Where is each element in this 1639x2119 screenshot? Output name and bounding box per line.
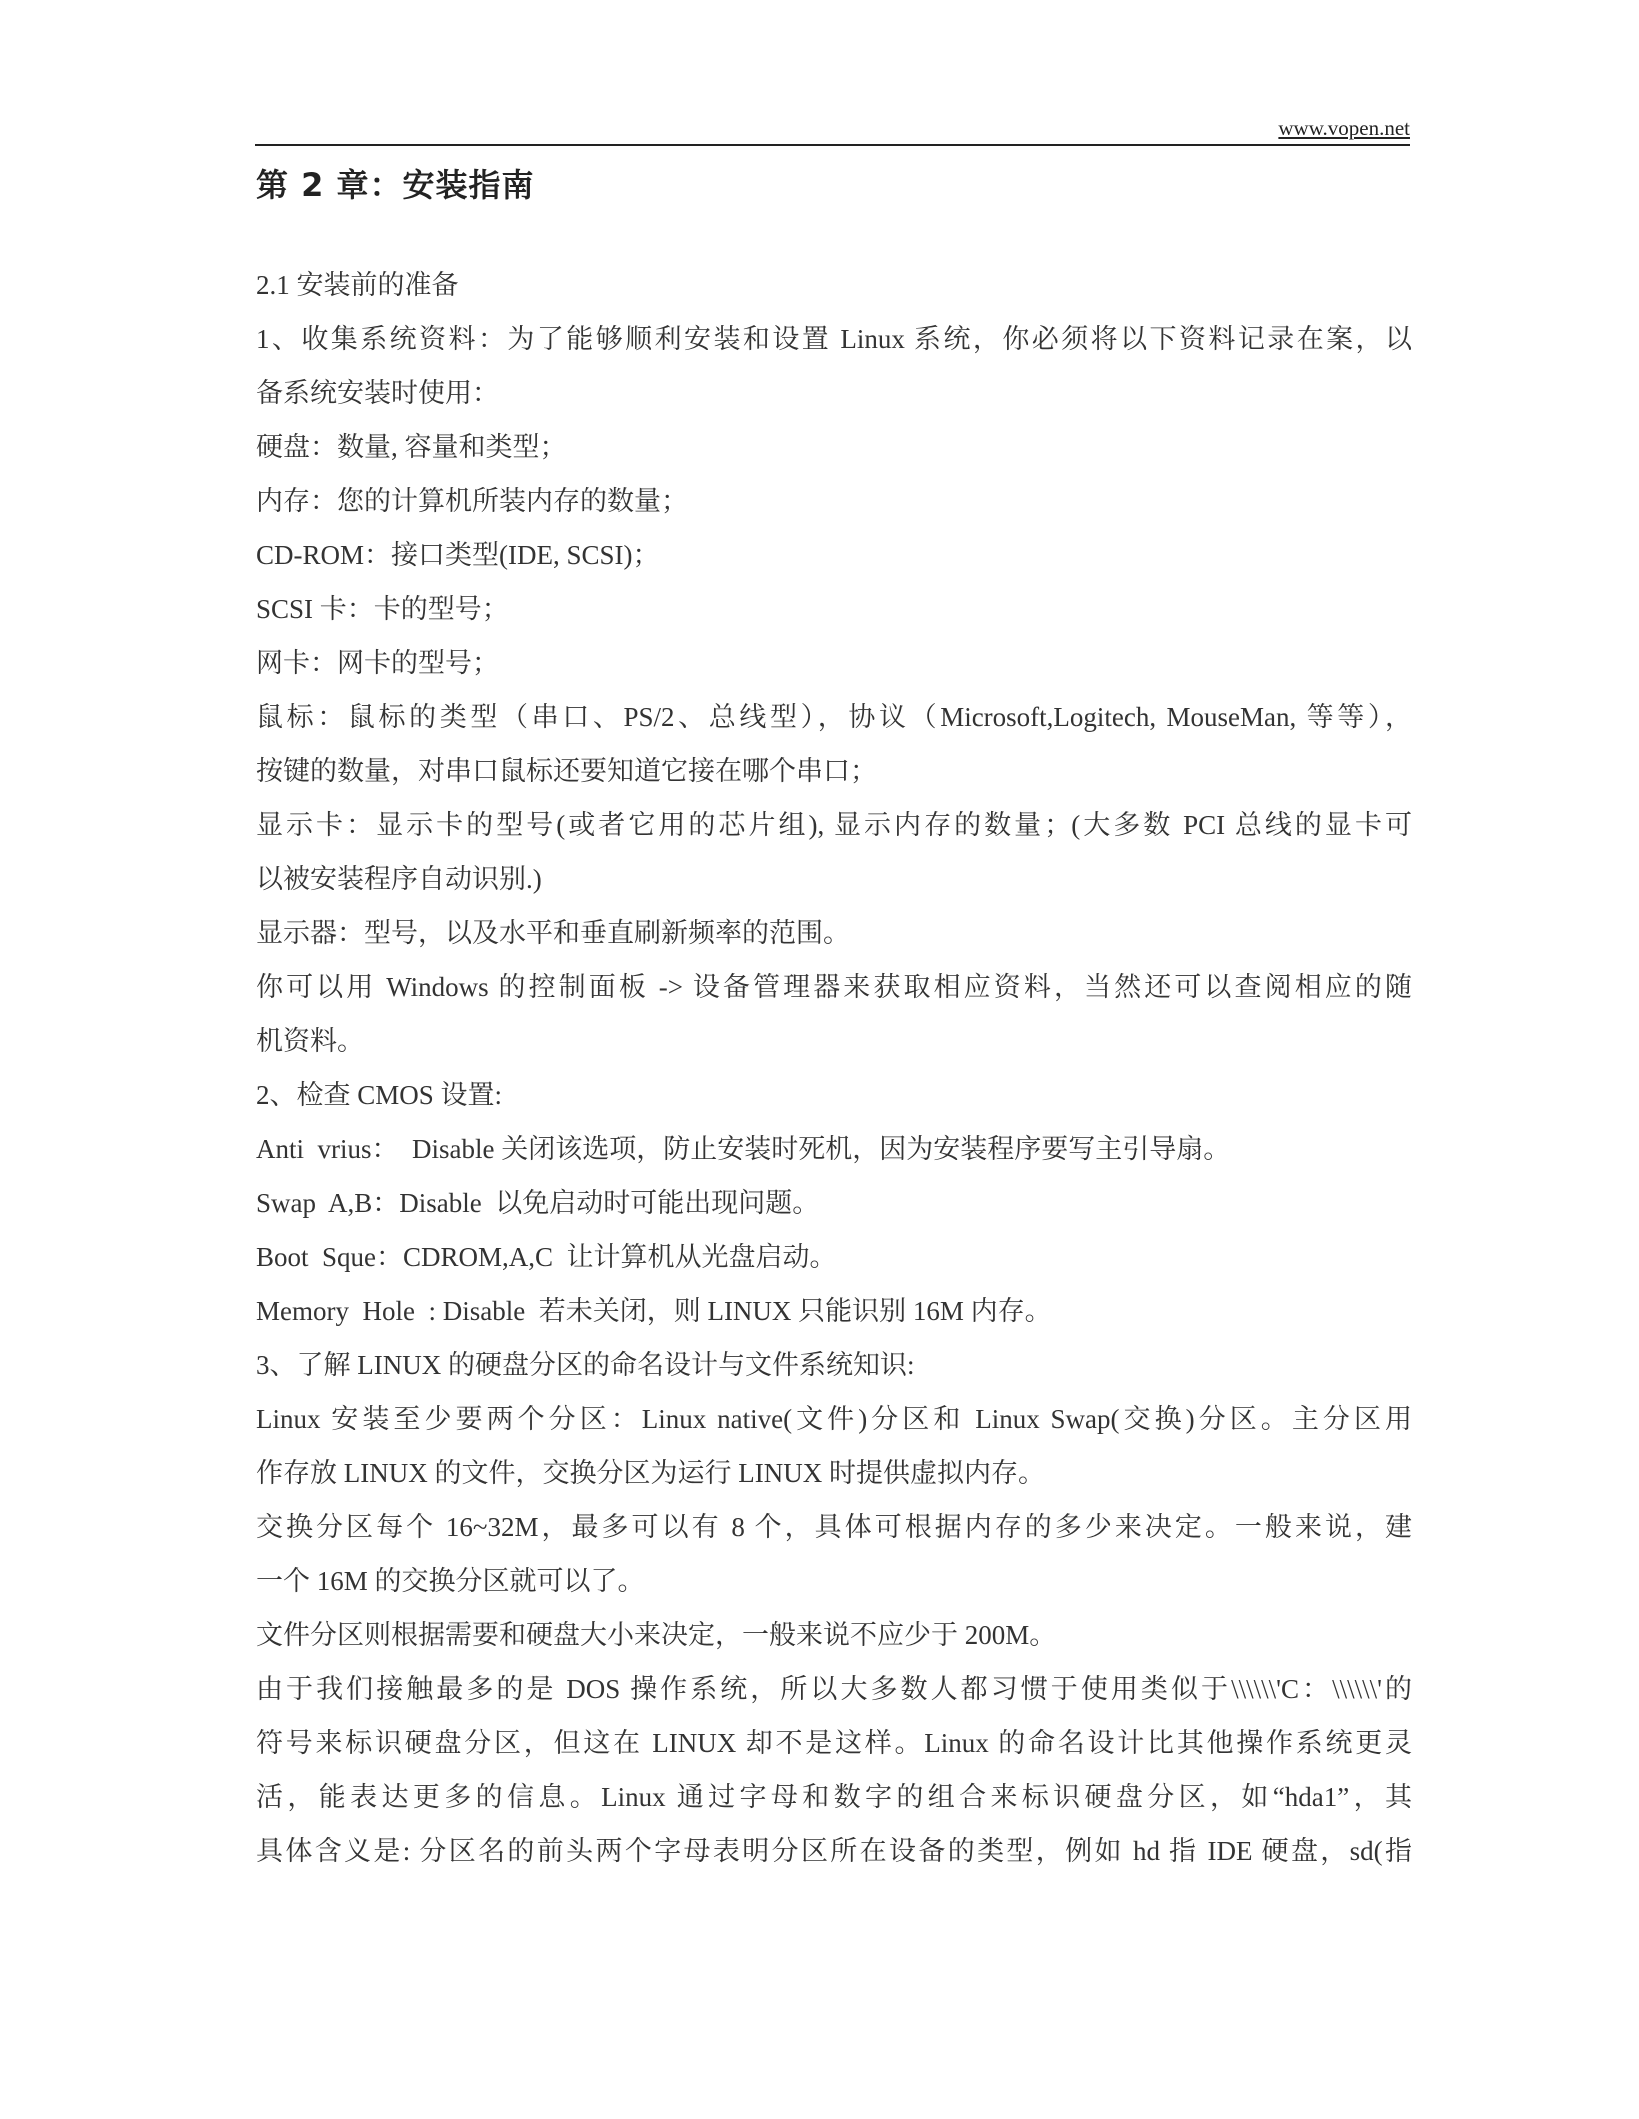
text-line: 内存：您的计算机所装内存的数量； xyxy=(256,474,1412,528)
text-line: 显示卡：显示卡的型号(或者它用的芯片组), 显示内存的数量；(大多数 PCI 总… xyxy=(256,798,1412,852)
chapter-title: 第 2 章：安装指南 xyxy=(256,160,535,206)
text-line: 网卡：网卡的型号； xyxy=(256,636,1412,690)
text-line: 机资料。 xyxy=(256,1014,1412,1068)
text-line: 2、检查 CMOS 设置: xyxy=(256,1068,1412,1122)
text-line: 由于我们接触最多的是 DOS 操作系统，所以大多数人都习惯于使用类似于\\\\\… xyxy=(256,1662,1412,1716)
text-line: 鼠标：鼠标的类型（串口、PS/2、总线型），协议（Microsoft,Logit… xyxy=(256,690,1412,744)
text-line: 1、收集系统资料：为了能够顺利安装和设置 Linux 系统，你必须将以下资料记录… xyxy=(256,312,1412,366)
text-line: 文件分区则根据需要和硬盘大小来决定，一般来说不应少于 200M。 xyxy=(256,1608,1412,1662)
text-line: 硬盘：数量, 容量和类型； xyxy=(256,420,1412,474)
text-line: Linux 安装至少要两个分区：Linux native(文件)分区和 Linu… xyxy=(256,1392,1412,1446)
text-line: Anti vrius： Disable 关闭该选项，防止安装时死机，因为安装程序… xyxy=(256,1122,1412,1176)
text-line: Boot Sque：CDROM,A,C 让计算机从光盘启动。 xyxy=(256,1230,1412,1284)
text-line: 以被安装程序自动识别.) xyxy=(256,852,1412,906)
body-text: 2.1 安装前的准备 1、收集系统资料：为了能够顺利安装和设置 Linux 系统… xyxy=(256,258,1412,1878)
text-line: 一个 16M 的交换分区就可以了。 xyxy=(256,1554,1412,1608)
text-line: 备系统安装时使用： xyxy=(256,366,1412,420)
text-line: 显示器：型号，以及水平和垂直刷新频率的范围。 xyxy=(256,906,1412,960)
page-header: www.vopen.net xyxy=(255,112,1410,146)
text-line: 交换分区每个 16~32M，最多可以有 8 个，具体可根据内存的多少来决定。一般… xyxy=(256,1500,1412,1554)
text-line: 符号来标识硬盘分区，但这在 LINUX 却不是这样。Linux 的命名设计比其他… xyxy=(256,1716,1412,1770)
text-line: 3、了解 LINUX 的硬盘分区的命名设计与文件系统知识: xyxy=(256,1338,1412,1392)
text-line: CD-ROM：接口类型(IDE, SCSI)； xyxy=(256,528,1412,582)
text-line: SCSI 卡：卡的型号； xyxy=(256,582,1412,636)
section-heading: 2.1 安装前的准备 xyxy=(256,258,1412,312)
site-link[interactable]: www.vopen.net xyxy=(1278,116,1410,141)
text-line: 你可以用 Windows 的控制面板 -> 设备管理器来获取相应资料，当然还可以… xyxy=(256,960,1412,1014)
text-line: 作存放 LINUX 的文件，交换分区为运行 LINUX 时提供虚拟内存。 xyxy=(256,1446,1412,1500)
text-line: Memory Hole : Disable 若未关闭，则 LINUX 只能识别 … xyxy=(256,1284,1412,1338)
text-line: 按键的数量，对串口鼠标还要知道它接在哪个串口； xyxy=(256,744,1412,798)
text-line: Swap A,B：Disable 以免启动时可能出现问题。 xyxy=(256,1176,1412,1230)
text-line: 活，能表达更多的信息。Linux 通过字母和数字的组合来标识硬盘分区，如“hda… xyxy=(256,1770,1412,1824)
text-line: 具体含义是: 分区名的前头两个字母表明分区所在设备的类型，例如 hd 指 IDE… xyxy=(256,1824,1412,1878)
